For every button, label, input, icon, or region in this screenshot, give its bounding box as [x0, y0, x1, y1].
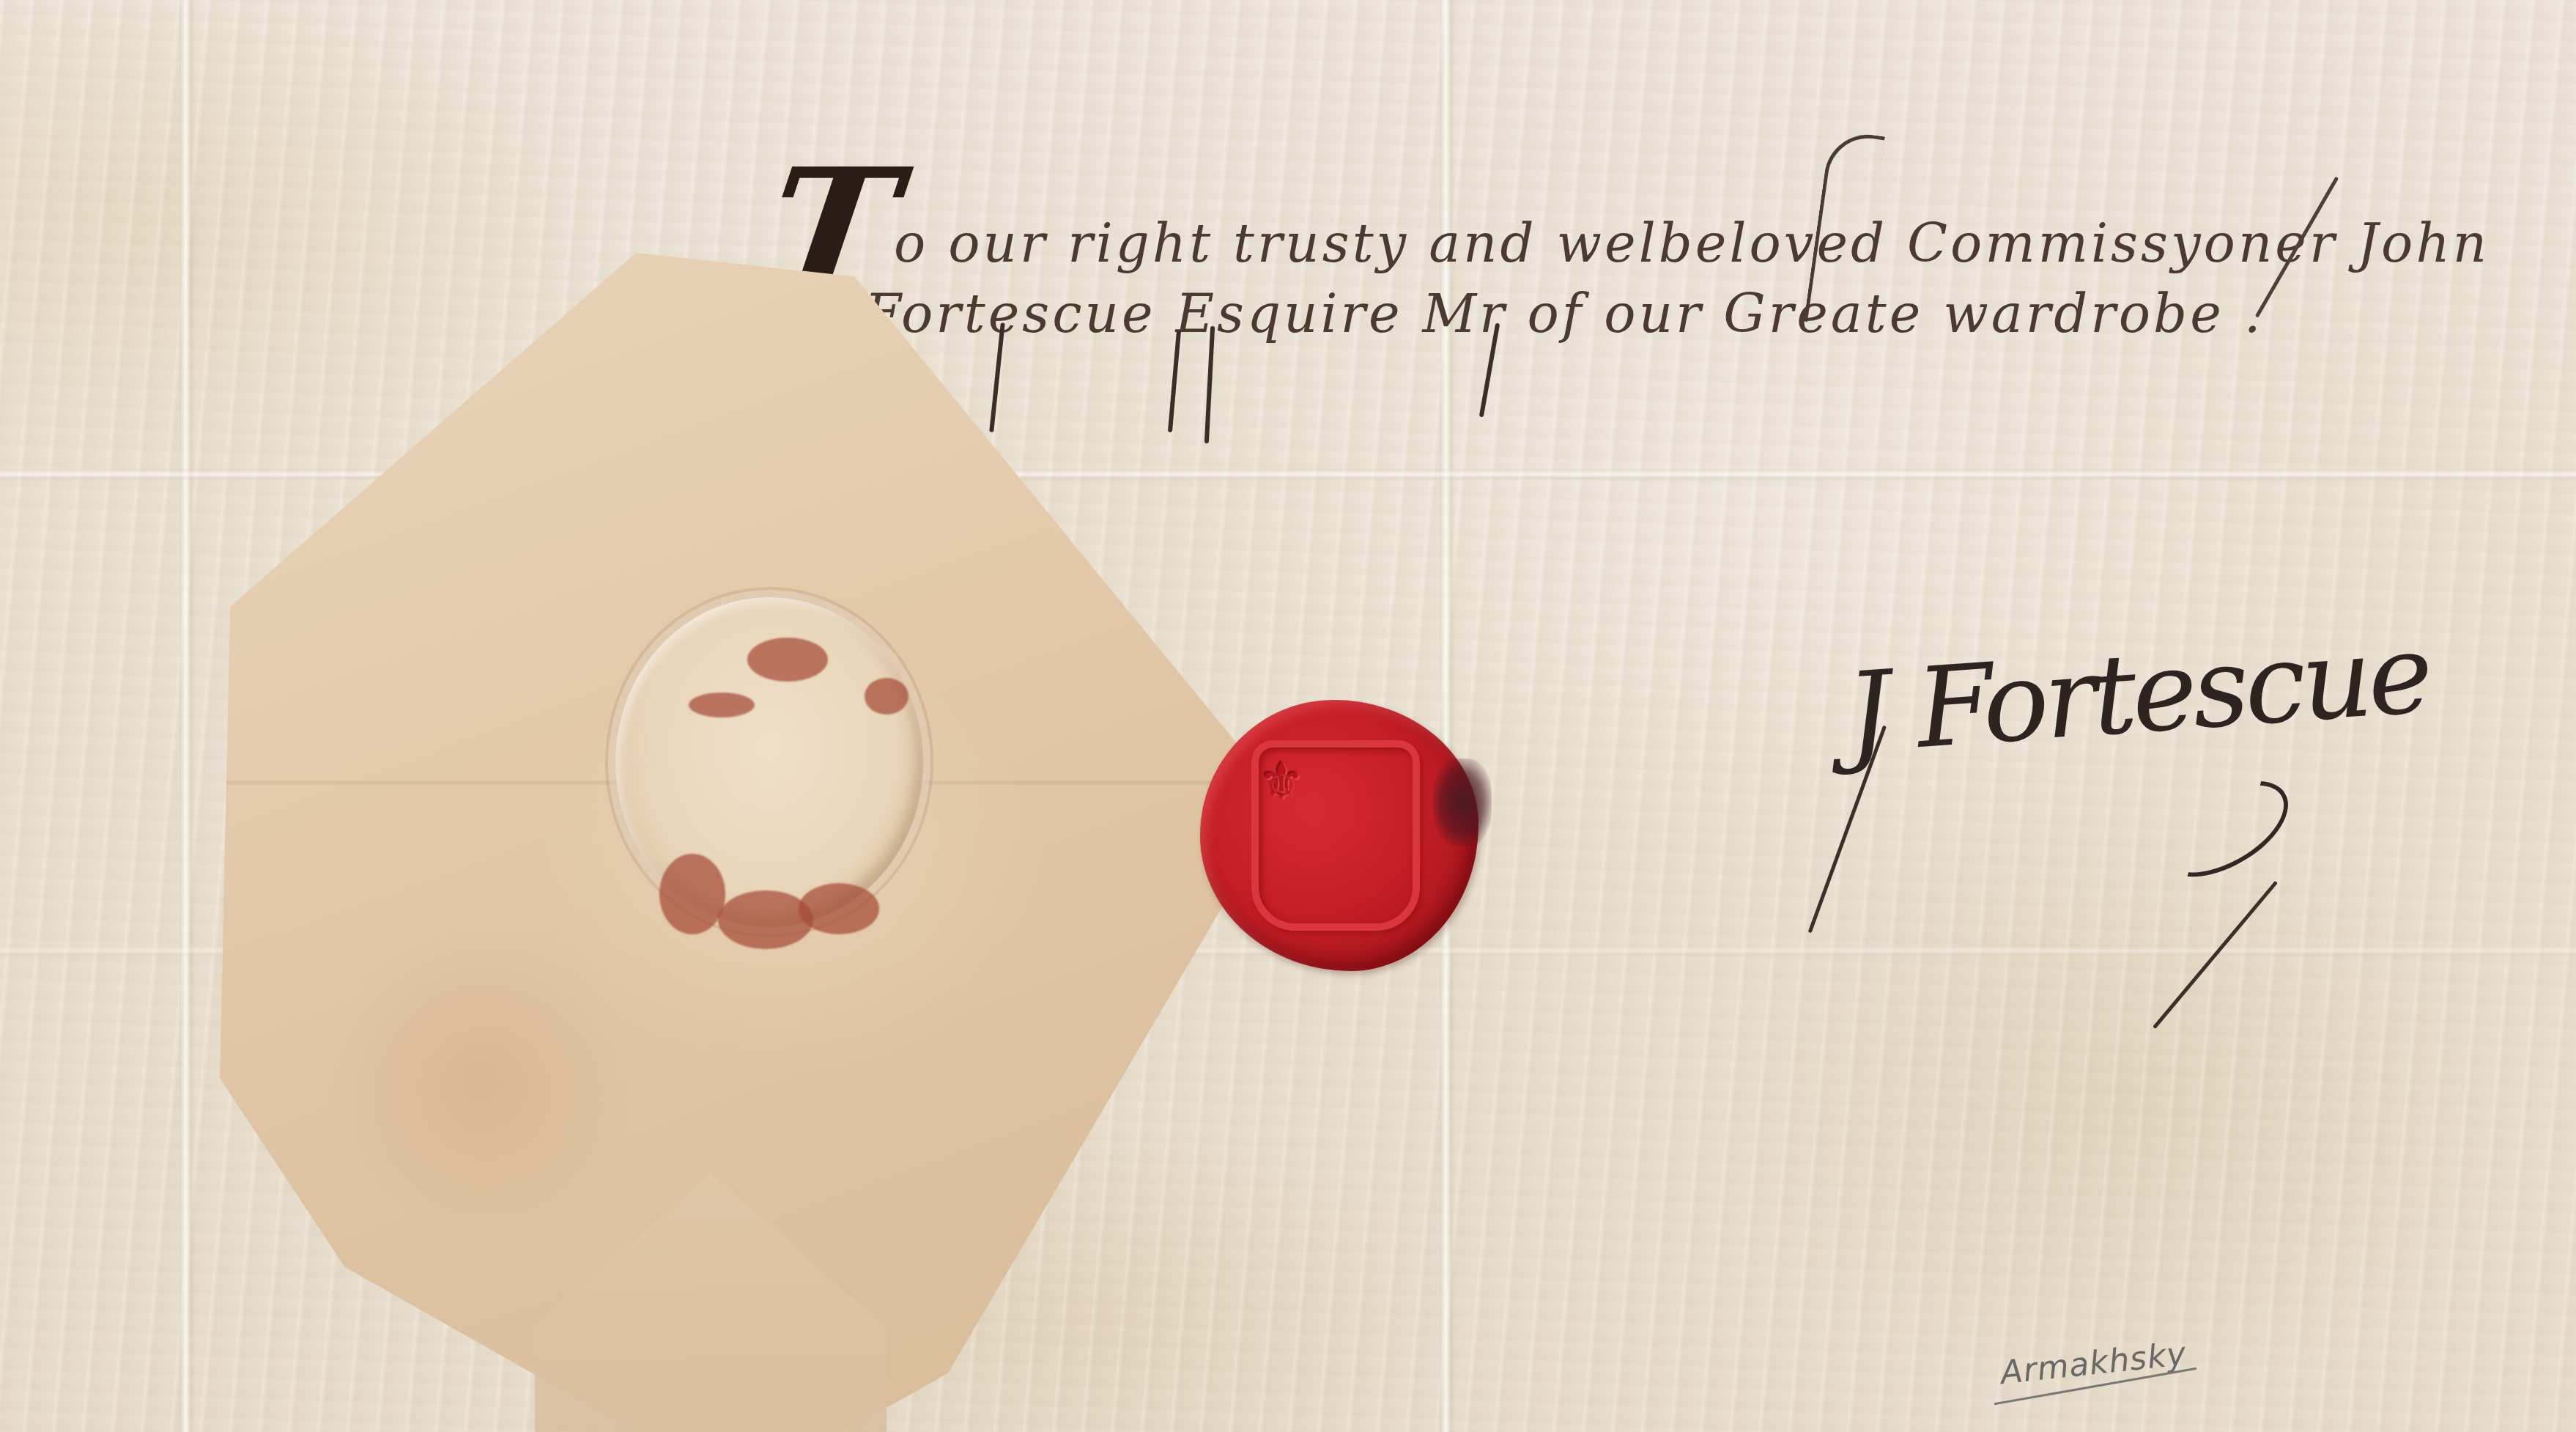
- wax-stain: [718, 890, 813, 949]
- wax-stain: [689, 693, 755, 717]
- seal-emblem-icon: ⚜: [1259, 751, 1305, 811]
- wax-stain: [865, 678, 908, 715]
- wax-stain: [799, 883, 879, 934]
- wax-stain: [659, 854, 725, 934]
- address-line-1: o our right trusty and welbeloved Commis…: [894, 213, 2490, 274]
- address-line-2: Fortescue Esquire Mr of our Greate wardr…: [865, 283, 2264, 344]
- wax-smudge: [1433, 759, 1492, 846]
- vertical-fold-line: [179, 0, 196, 1432]
- wax-stain: [747, 638, 828, 682]
